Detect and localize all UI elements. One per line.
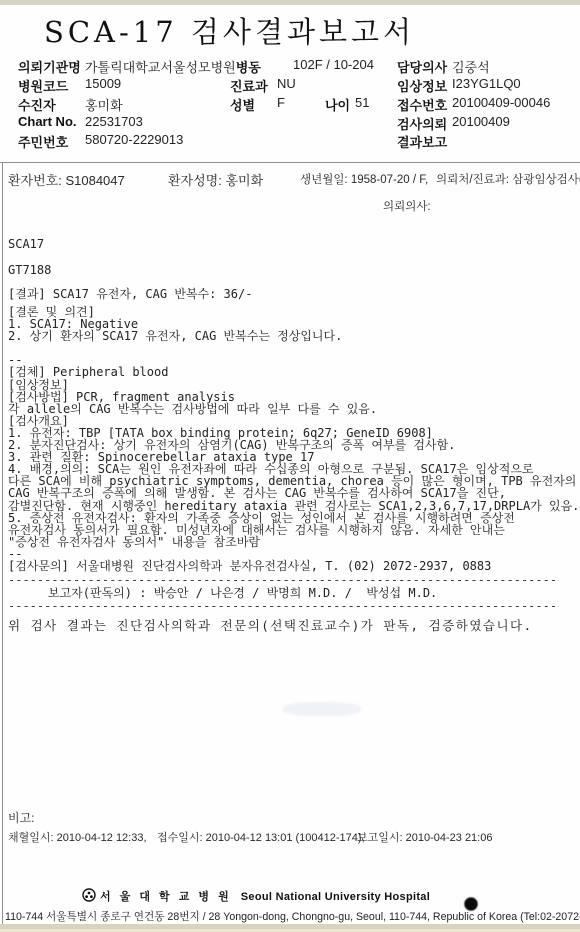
reporters-line: 보고자(판독의) : 박승안 / 나은경 / 박명희 M.D. / 박성섭 M.… [8, 587, 580, 599]
field-dept-value: NU [277, 76, 296, 91]
field-org: 의뢰기관명 [18, 57, 81, 76]
scan-smudge [283, 702, 361, 716]
separator-line: ----------------------------------------… [8, 600, 580, 612]
field-org-label: 의뢰기관명 [18, 60, 81, 75]
separator-line: ----------------------------------------… [8, 574, 580, 586]
page-title: SCA-17 검사결과보고서 [44, 10, 415, 51]
field-clinical-value: I23YG1LQ0 [452, 76, 521, 91]
report-line: "증상전 유전자검사 동의서" 내용을 참조바람 [8, 536, 580, 548]
patientbar-birth: 생년월일: 1958-07-20 / F, [300, 171, 428, 187]
field-sex-value: F [277, 95, 285, 110]
field-age-label: 나이 [325, 95, 350, 114]
report-time: 보고일시: 2010-04-23 21:06 [357, 829, 492, 845]
content-box-top-rule [0, 162, 580, 163]
field-patient-label: 수진자 [18, 95, 56, 114]
field-hospcode-label: 병원코드 [18, 76, 68, 95]
field-order-label: 검사의뢰 [397, 114, 447, 133]
report-line [8, 342, 580, 354]
field-ward-label: 병동 [236, 60, 261, 75]
receipt-time: 접수일시: 2010-04-12 13:01 (100412-174), [157, 829, 365, 845]
report-line: 5. 증상전 유전자검사: 환자의 가족중 증상이 없는 성인에서 본 검사를 … [8, 512, 580, 524]
test-name: SCA17 [8, 238, 580, 250]
content-box-left-border [2, 163, 3, 924]
field-result-label: 결과보고 [397, 132, 447, 151]
field-receipt-value: 20100409-00046 [452, 95, 550, 110]
field-rrn-value: 580720-2229013 [85, 132, 183, 147]
field-chart-value: 22531703 [85, 114, 143, 129]
report-line: 감별진단함. 현재 시행중인 hereditary ataxia 관련 검사로는… [8, 500, 580, 512]
result-line: [결과] SCA17 유전자, CAG 반복수: 36/- [8, 288, 580, 300]
field-hospcode-value: 15009 [85, 76, 121, 91]
hospital-name-en: Seoul National University Hospital [241, 891, 430, 903]
report-line: [검사문의] 서울대병원 진단검사의학과 분자유전검사실, T. (02) 20… [8, 560, 580, 572]
scan-edge-top [0, 0, 580, 5]
field-doctor-label: 담당의사 [397, 57, 447, 76]
field-org-value: 가톨릭대학교서울성모병원병동 [85, 57, 261, 76]
field-age-value: 51 [355, 95, 369, 110]
patientbar-referrer: 의뢰처/진료과: 삼광임상검사(선불) [436, 171, 580, 187]
report-line: [검사방법] PCR, fragment analysis [8, 391, 580, 403]
verdict-line: 위 검사 결과는 진단검사의학과 전문의(선택진료교수)가 판독, 검증하였습니… [8, 616, 533, 634]
draw-time: 채혈일시: 2010-04-12 12:33, [8, 829, 147, 845]
field-ward-value: 102F / 10-204 [293, 57, 374, 72]
patientbar-ref-doctor: 의뢰의사: [383, 198, 431, 214]
hospital-address: 110-744 서울특별시 종로구 연건동 28번지 / 28 Yongon-d… [5, 909, 577, 924]
report-line: 각 allele의 CAG 반복수는 검사방법에 따라 일부 다를 수 있음. [8, 403, 580, 415]
field-chart-label: Chart No. [18, 114, 77, 129]
field-doctor-value: 김중석 [452, 57, 490, 76]
report-body: [결론 및 의견] 1. SCA17: Negative 2. 상기 환자의 S… [8, 306, 580, 572]
field-order-value: 20100409 [452, 114, 510, 129]
hospital-name-kr: 서 울 대 학 교 병 원 [100, 891, 232, 903]
field-receipt-label: 접수번호 [397, 95, 447, 114]
patientbar-name: 환자성명: 홍미화 [168, 170, 263, 189]
test-code: GT7188 [8, 264, 580, 276]
hospital-logo-icon [82, 888, 96, 902]
report-line: 유전자검사 동의서가 필요함. 미성년자에 대해서는 검사를 시행하지 않음. … [8, 524, 580, 536]
field-dept-label: 진료과 [230, 76, 268, 95]
field-patient-value: 홍미화 [85, 95, 123, 114]
report-line: [임상정보] [8, 379, 580, 391]
patientbar-number: 환자번호: S1084047 [8, 170, 125, 189]
report-line: [검체] Peripheral blood [8, 366, 580, 378]
report-line: CAG 반복구조의 증폭에 의해 발생함. 본 검사는 CAG 반복수를 검사하… [8, 487, 580, 499]
field-sex-label: 성별 [230, 95, 255, 114]
field-rrn-label: 주민번호 [18, 132, 68, 151]
report-page: SCA-17 검사결과보고서 의뢰기관명 가톨릭대학교서울성모병원병동 102F… [0, 0, 580, 932]
hospital-name: 서 울 대 학 교 병 원 Seoul National University … [100, 888, 430, 904]
field-clinical-label: 임상정보 [397, 76, 447, 95]
remarks-label: 비고: [8, 809, 35, 826]
report-line: 2. 상기 환자의 SCA17 유전자, CAG 반복수는 정상입니다. [8, 330, 580, 342]
